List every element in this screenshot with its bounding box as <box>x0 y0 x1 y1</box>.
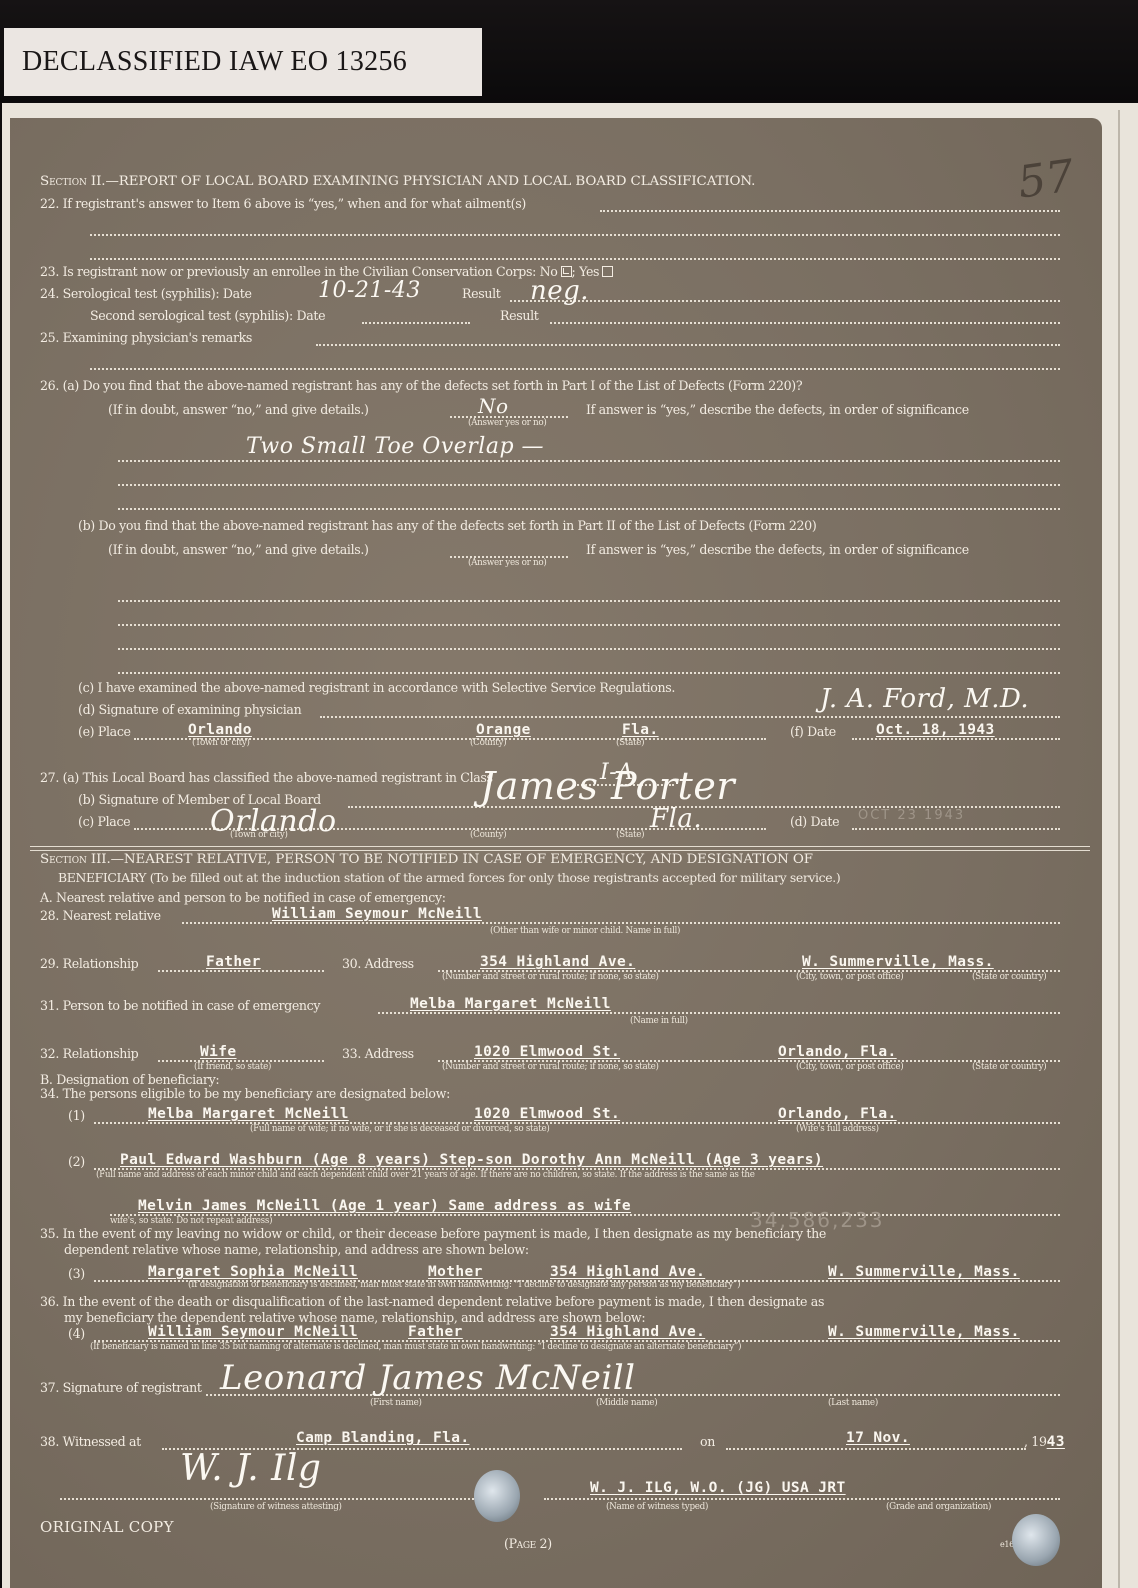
punch-hole-right <box>1012 1514 1060 1566</box>
emergency-contact-name[interactable]: Melba Margaret McNeill <box>410 996 611 1012</box>
board-town-caption: (Town or city) <box>230 830 288 840</box>
item33-caption-city: (City, town, or post office) <box>796 1062 903 1072</box>
item26a-question: 26. (a) Do you find that the above-named… <box>40 378 802 393</box>
page-label: (Page 2) <box>504 1536 552 1551</box>
second-serology-label: Second serological test (syphilis): Date <box>90 308 325 323</box>
item27c-label: (c) Place <box>78 814 130 829</box>
children-caption: (Full name and address of each minor chi… <box>96 1170 755 1180</box>
item23: 23. Is registrant now or previously an e… <box>40 264 613 279</box>
item26b-doubt: (If in doubt, answer “no,” and give deta… <box>108 542 369 557</box>
witness-year-value[interactable]: 43 <box>1047 1434 1065 1450</box>
board-date-stamp: OCT 23 1943 <box>858 808 965 823</box>
item35-label2: dependent relative whose name, relations… <box>64 1242 529 1257</box>
item28-caption: (Other than wife or minor child. Name in… <box>490 926 680 936</box>
second-serology-result-label: Result <box>500 308 539 323</box>
relationship-value[interactable]: Father <box>206 954 261 970</box>
item37-label: 37. Signature of registrant <box>40 1380 202 1395</box>
witness-grade-caption: (Grade and organization) <box>886 1502 991 1512</box>
item26b-details-line3[interactable] <box>118 648 1060 650</box>
beneficiary1-num: (1) <box>68 1108 85 1123</box>
board-member-signature[interactable]: James Porter <box>480 764 735 808</box>
item26b-details-line4[interactable] <box>118 672 1060 674</box>
witness-signature-caption: (Signature of witness attesting) <box>210 1502 342 1512</box>
draft-registration-form: 57 Section II.—REPORT OF LOCAL BOARD EXA… <box>10 118 1102 1588</box>
relationship-field[interactable] <box>158 970 324 972</box>
exam-county[interactable]: Orange <box>476 722 531 738</box>
signature-caption-last: (Last name) <box>828 1398 878 1408</box>
item22-label: 22. If registrant's answer to Item 6 abo… <box>40 196 526 211</box>
item32-label: 32. Relationship <box>40 1046 138 1061</box>
nearest-relative-field[interactable] <box>182 922 1060 924</box>
item22-field-line3[interactable] <box>90 258 1060 260</box>
beneficiary3-caption: (If designation of beneficiary is declin… <box>188 1280 740 1290</box>
item22-field-line2[interactable] <box>90 234 1060 236</box>
children-line2[interactable]: Melvin James McNeill (Age 1 year) Same a… <box>138 1198 631 1214</box>
children-caption2: wife's, so state. Do not repeat address) <box>110 1216 272 1226</box>
item26a-details-field[interactable] <box>118 460 1060 462</box>
beneficiary2-num: (2) <box>68 1154 85 1169</box>
item26a-details-line2[interactable] <box>118 484 1060 486</box>
beneficiary1-caption-name: (Full name of wife; if no wife, or if sh… <box>250 1124 550 1134</box>
beneficiary1-city[interactable]: Orlando, Fla. <box>778 1106 897 1122</box>
item27a-label: 27. (a) This Local Board has classified … <box>40 770 493 785</box>
item26a-details-line3[interactable] <box>118 508 1060 510</box>
witness-typed-field[interactable] <box>544 1498 1060 1500</box>
serology-result[interactable]: neg. <box>530 276 589 306</box>
children-line1[interactable]: Paul Edward Washburn (Age 8 years) Step-… <box>120 1152 823 1168</box>
witness-typed-caption: (Name of witness typed) <box>606 1502 708 1512</box>
contact-relationship-value[interactable]: Wife <box>200 1044 237 1060</box>
physician-signature-field[interactable] <box>320 716 1060 718</box>
board-state-caption: (State) <box>616 830 644 840</box>
item25-label: 25. Examining physician's remarks <box>40 330 252 345</box>
beneficiary1-name[interactable]: Melba Margaret McNeill <box>148 1106 349 1122</box>
exam-county-caption: (County) <box>470 738 506 748</box>
item25-field[interactable] <box>316 344 1060 346</box>
exam-date-label: (f) Date <box>790 724 836 739</box>
witness-date-field[interactable] <box>726 1448 1026 1450</box>
exam-date[interactable]: Oct. 18, 1943 <box>876 722 995 738</box>
signature-caption-first: (First name) <box>370 1398 422 1408</box>
item26b-answer-caption: (Answer yes or no) <box>468 558 546 568</box>
beneficiary4-address[interactable]: 354 Highland Ave. <box>550 1324 705 1340</box>
item36-label: 36. In the event of the death or disqual… <box>40 1294 824 1309</box>
item33-caption-state: (State or country) <box>972 1062 1046 1072</box>
item30-label: 30. Address <box>342 956 414 971</box>
board-date-label: (d) Date <box>790 814 839 829</box>
item26e-label: (e) Place <box>78 724 131 739</box>
handwritten-page-number: 57 <box>1015 150 1078 208</box>
section-divider <box>30 846 1090 851</box>
serology-result-field[interactable] <box>510 300 1060 302</box>
beneficiary1-caption-address: (Wife's full address) <box>796 1124 879 1134</box>
witness-date[interactable]: 17 Nov. <box>846 1430 910 1446</box>
beneficiary3-name[interactable]: Margaret Sophia McNeill <box>148 1264 358 1280</box>
beneficiary4-name[interactable]: William Seymour McNeill <box>148 1324 358 1340</box>
exam-town-caption: (Town or city) <box>192 738 250 748</box>
section3-title: Section III.—NEAREST RELATIVE, PERSON TO… <box>40 852 813 867</box>
physician-signature[interactable]: J. A. Ford, M.D. <box>820 684 1029 714</box>
item33-caption-street: (Number and street or rural route; if no… <box>442 1062 659 1072</box>
item34-label: 34. The persons eligible to be my benefi… <box>40 1086 450 1101</box>
board-county-caption: (County) <box>470 830 506 840</box>
item26a-describe: If answer is “yes,” describe the defects… <box>586 402 969 417</box>
item24-label: 24. Serological test (syphilis): Date <box>40 286 252 301</box>
serology-result-label: Result <box>462 286 501 301</box>
second-serology-date-field[interactable] <box>362 322 470 324</box>
item26a-details[interactable]: Two Small Toe Overlap — <box>246 434 544 459</box>
item26a-answer-caption: (Answer yes or no) <box>468 418 546 428</box>
item31-label: 31. Person to be notified in case of eme… <box>40 998 320 1013</box>
witness-typed-name[interactable]: W. J. ILG, W.O. (JG) USA JRT <box>590 1480 846 1496</box>
witness-signature-field[interactable] <box>60 1498 498 1500</box>
item26c-statement: (c) I have examined the above-named regi… <box>78 680 675 695</box>
item31-caption: (Name in full) <box>630 1016 688 1026</box>
witness-on-label: on <box>700 1434 715 1449</box>
part-a-heading: A. Nearest relative and person to be not… <box>40 890 446 905</box>
ccc-yes-checkbox[interactable] <box>602 266 613 277</box>
item30-caption-state: (State or country) <box>972 972 1046 982</box>
exam-state-caption: (State) <box>616 738 644 748</box>
beneficiary1-field[interactable] <box>94 1122 1060 1124</box>
beneficiary3-address[interactable]: 354 Highland Ave. <box>550 1264 705 1280</box>
beneficiary4-city[interactable]: W. Summerville, Mass. <box>828 1324 1020 1340</box>
beneficiary1-address[interactable]: 1020 Elmwood St. <box>474 1106 620 1122</box>
item36-label2: my beneficiary the dependent relative wh… <box>64 1310 645 1325</box>
declassification-label: DECLASSIFIED IAW EO 13256 <box>4 28 482 96</box>
item26b-describe: If answer is “yes,” describe the defects… <box>586 542 969 557</box>
item25-field-line2[interactable] <box>90 368 1060 370</box>
registrant-signature[interactable]: Leonard James McNeill <box>220 1358 636 1398</box>
item35-label: 35. In the event of my leaving no widow … <box>40 1226 826 1241</box>
relative-street[interactable]: 354 Highland Ave. <box>480 954 635 970</box>
item28-label: 28. Nearest relative <box>40 908 161 923</box>
beneficiary3-relationship[interactable]: Mother <box>428 1264 483 1280</box>
beneficiary4-caption: (If beneficiary is named in line 35 but … <box>90 1342 741 1352</box>
item22-field[interactable] <box>600 210 1060 212</box>
beneficiary4-relationship[interactable]: Father <box>408 1324 463 1340</box>
exam-state[interactable]: Fla. <box>622 722 659 738</box>
item26a-answer[interactable]: No <box>478 394 509 418</box>
section2-title: Section II.—REPORT OF LOCAL BOARD EXAMIN… <box>40 174 755 189</box>
section2-prefix: Section II. <box>40 174 105 189</box>
exam-date-field[interactable] <box>852 738 1060 740</box>
witness-signature[interactable]: W. J. Ilg <box>180 1448 321 1489</box>
paper-edge <box>1118 110 1120 1588</box>
item30-caption-street: (Number and street or rural route; if no… <box>442 972 659 982</box>
beneficiary3-num: (3) <box>68 1266 85 1281</box>
witness-place[interactable]: Camp Blanding, Fla. <box>296 1430 469 1446</box>
witness-year: , 1943 <box>1024 1434 1065 1450</box>
emergency-contact-field[interactable] <box>378 1012 1060 1014</box>
item26a-doubt: (If in doubt, answer “no,” and give deta… <box>108 402 369 417</box>
relative-city[interactable]: W. Summerville, Mass. <box>802 954 994 970</box>
item38-label: 38. Witnessed at <box>40 1434 141 1449</box>
board-date-field[interactable] <box>852 828 1060 830</box>
contact-city[interactable]: Orlando, Fla. <box>778 1044 897 1060</box>
item26b-details-line2[interactable] <box>118 624 1060 626</box>
section3-subtitle: BENEFICIARY (To be filled out at the ind… <box>58 870 840 885</box>
second-serology-result-field[interactable] <box>550 322 1060 324</box>
punch-hole-center <box>474 1470 520 1522</box>
item26b-question: (b) Do you find that the above-named reg… <box>78 518 816 533</box>
item33-label: 33. Address <box>342 1046 414 1061</box>
exam-town[interactable]: Orlando <box>188 722 252 738</box>
nearest-relative-name[interactable]: William Seymour McNeill <box>272 906 482 922</box>
beneficiary3-city[interactable]: W. Summerville, Mass. <box>828 1264 1020 1280</box>
board-state[interactable]: Fla. <box>650 804 702 834</box>
item30-caption-city: (City, town, or post office) <box>796 972 903 982</box>
part-b-heading: B. Designation of beneficiary: <box>40 1072 219 1087</box>
item26d-label: (d) Signature of examining physician <box>78 702 301 717</box>
original-copy-label: ORIGINAL COPY <box>40 1518 174 1536</box>
serology-date[interactable]: 10-21-43 <box>318 278 421 303</box>
contact-street[interactable]: 1020 Elmwood St. <box>474 1044 620 1060</box>
signature-caption-middle: (Middle name) <box>596 1398 657 1408</box>
item29-label: 29. Relationship <box>40 956 138 971</box>
beneficiary4-num: (4) <box>68 1326 85 1341</box>
item32-caption: (If friend, so state) <box>194 1062 271 1072</box>
item26b-details-field[interactable] <box>118 600 1060 602</box>
